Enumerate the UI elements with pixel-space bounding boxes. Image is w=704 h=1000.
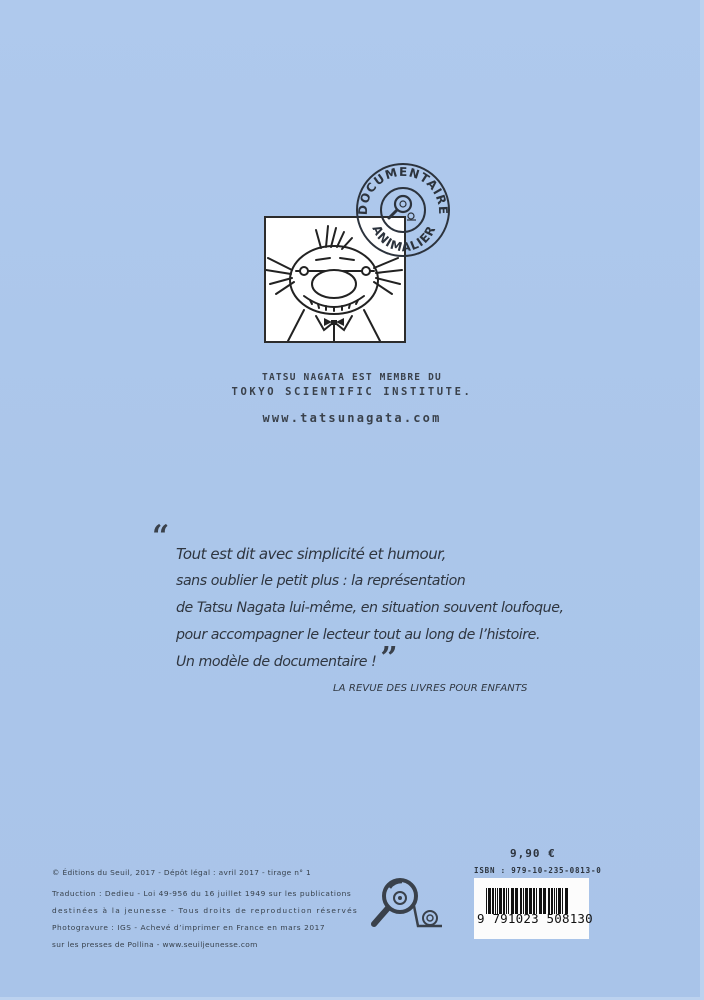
legal-line: sur les presses de Pollina - www.seuilje… [52, 940, 258, 949]
legal-line: destinées à la jeunesse - Tous droits de… [52, 906, 358, 915]
barcode-bars [474, 878, 589, 939]
quote-line: Tout est dit avec simplicité et humour, [176, 545, 446, 563]
quote-line: de Tatsu Nagata lui-même, en situation s… [176, 600, 564, 616]
barcode-digits: 9 791023 508130 [477, 911, 589, 926]
quote-open-mark: “ [152, 522, 169, 552]
quote-line: sans oublier le petit plus : la représen… [176, 573, 465, 589]
quote-line-text: Un modèle de documentaire ! [176, 654, 376, 670]
magnifier-snail-icon [368, 870, 452, 940]
book-back-cover [0, 0, 704, 1000]
author-website[interactable]: www.tatsunagata.com [0, 411, 704, 425]
quote-line-last: Un modèle de documentaire !” [176, 654, 397, 674]
svg-text:DOCUMENTAIRE: DOCUMENTAIRE [356, 165, 450, 216]
author-membership-line-1: TATSU NAGATA EST MEMBRE DU [0, 372, 704, 383]
author-membership-line-2: TOKYO SCIENTIFIC INSTITUTE. [0, 386, 704, 398]
documentaire-animalier-stamp: DOCUMENTAIRE ANIMALIER [353, 160, 453, 260]
magnifier-snail-icon [389, 196, 416, 220]
cover-edge-right [700, 0, 704, 1000]
barcode: 9 791023 508130 [474, 878, 589, 939]
legal-line: Photogravure : IGS - Achevé d’imprimer e… [52, 923, 325, 932]
legal-line: © Éditions du Seuil, 2017 - Dépôt légal … [52, 868, 311, 877]
price: 9,90 € [510, 847, 556, 860]
quote-close-mark: ” [380, 644, 397, 674]
collection-logo [368, 870, 452, 940]
isbn: ISBN : 979-10-235-0813-0 [474, 866, 602, 875]
quote-line: pour accompagner le lecteur tout au long… [176, 627, 540, 643]
quote-source: LA REVUE DES LIVRES POUR ENFANTS [333, 683, 528, 694]
legal-line: Traduction : Dedieu - Loi 49-956 du 16 j… [52, 889, 351, 898]
